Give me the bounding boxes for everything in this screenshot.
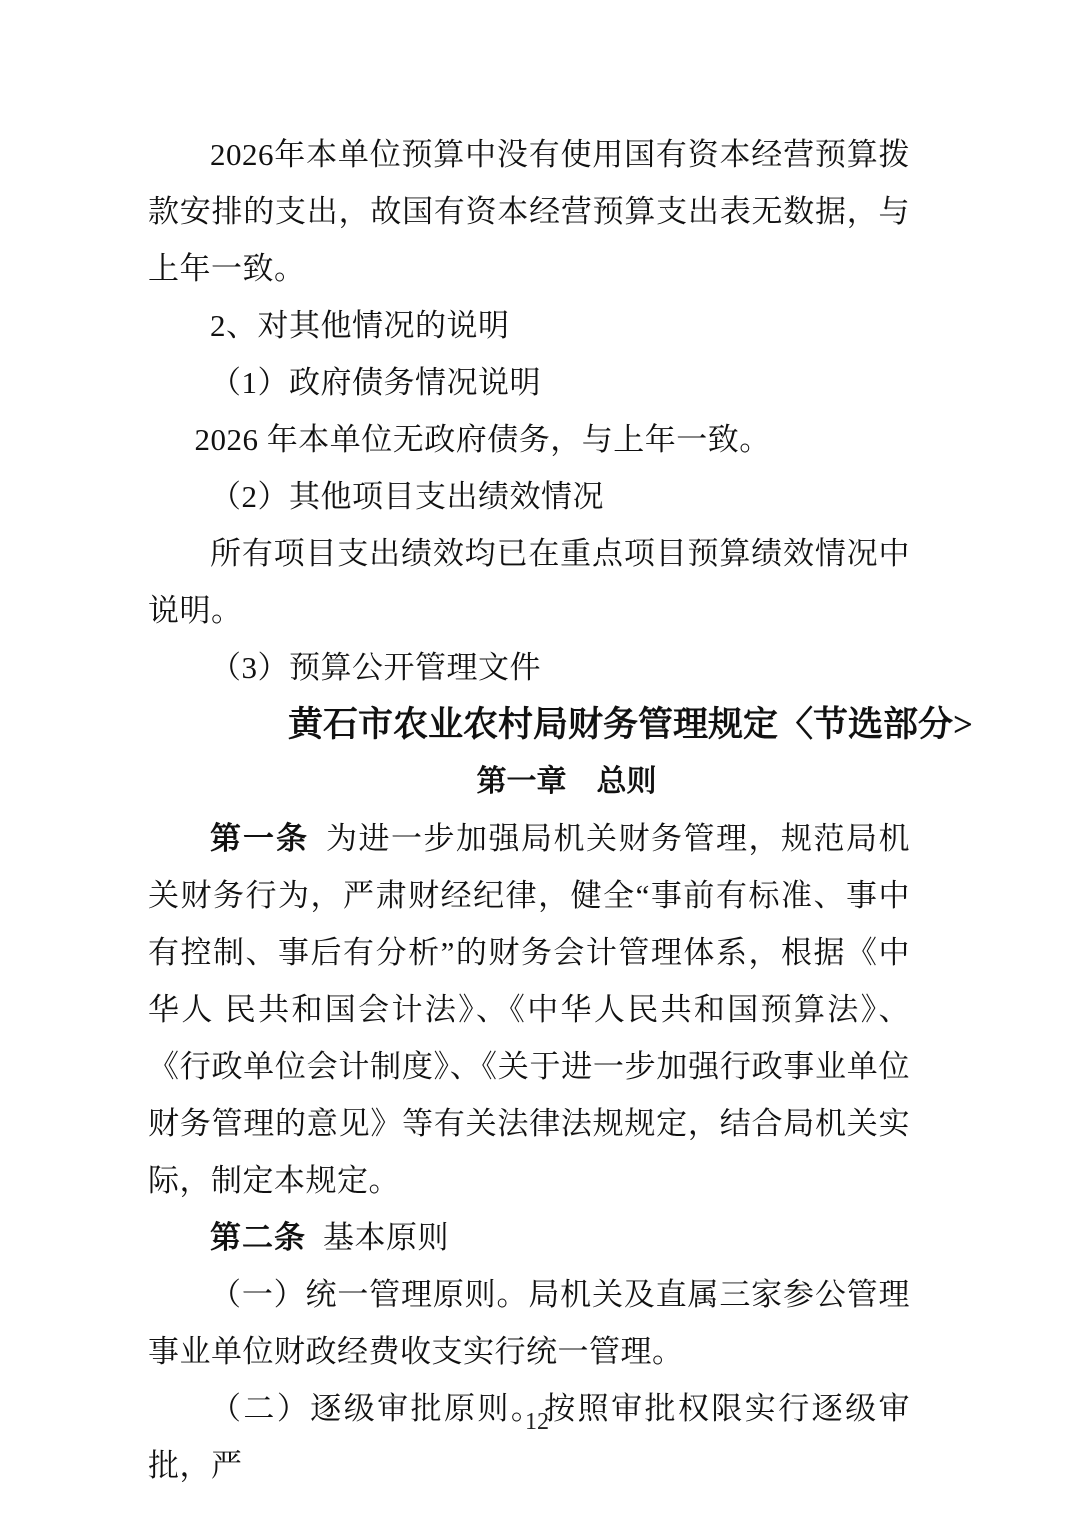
article-text: 基本原则 bbox=[323, 1220, 449, 1255]
chapter-title: 总则 bbox=[597, 765, 657, 798]
paragraph: （3）预算公开管理文件 bbox=[148, 639, 910, 696]
article-paragraph: 第二条基本原则 bbox=[148, 1209, 910, 1266]
article-text: 为进一步加强局机关财务管理，规范局机关财务行为，严肃财经纪律，健全“事前有标准、… bbox=[148, 821, 910, 1198]
chapter-heading: 第一章总则 bbox=[148, 753, 910, 810]
paragraph: 2026 年本单位无政府债务，与上年一致。 bbox=[148, 411, 910, 468]
document-page: 2026年本单位预算中没有使用国有资本经营预算拨款安排的支出，故国有资本经营预算… bbox=[0, 0, 1074, 1520]
article-number: 第二条 bbox=[210, 1220, 306, 1255]
paragraph: 2、对其他情况的说明 bbox=[148, 297, 910, 354]
article-number: 第一条 bbox=[210, 821, 309, 856]
article-paragraph: 第一条为进一步加强局机关财务管理，规范局机关财务行为，严肃财经纪律，健全“事前有… bbox=[148, 810, 910, 1209]
regulation-title: 黄石市农业农村局财务管理规定〈节选部分> bbox=[148, 696, 910, 753]
paragraph: （一）统一管理原则。局机关及直属三家参公管理事业单位财政经费收支实行统一管理。 bbox=[148, 1266, 910, 1380]
paragraph: （1）政府债务情况说明 bbox=[148, 354, 910, 411]
page-number: 12 bbox=[0, 1404, 1074, 1440]
paragraph: 2026年本单位预算中没有使用国有资本经营预算拨款安排的支出，故国有资本经营预算… bbox=[148, 126, 910, 297]
chapter-number: 第一章 bbox=[477, 765, 567, 798]
paragraph: 所有项目支出绩效均已在重点项目预算绩效情况中说明。 bbox=[148, 525, 910, 639]
paragraph: （2）其他项目支出绩效情况 bbox=[148, 468, 910, 525]
document-body: 2026年本单位预算中没有使用国有资本经营预算拨款安排的支出，故国有资本经营预算… bbox=[148, 126, 910, 1494]
